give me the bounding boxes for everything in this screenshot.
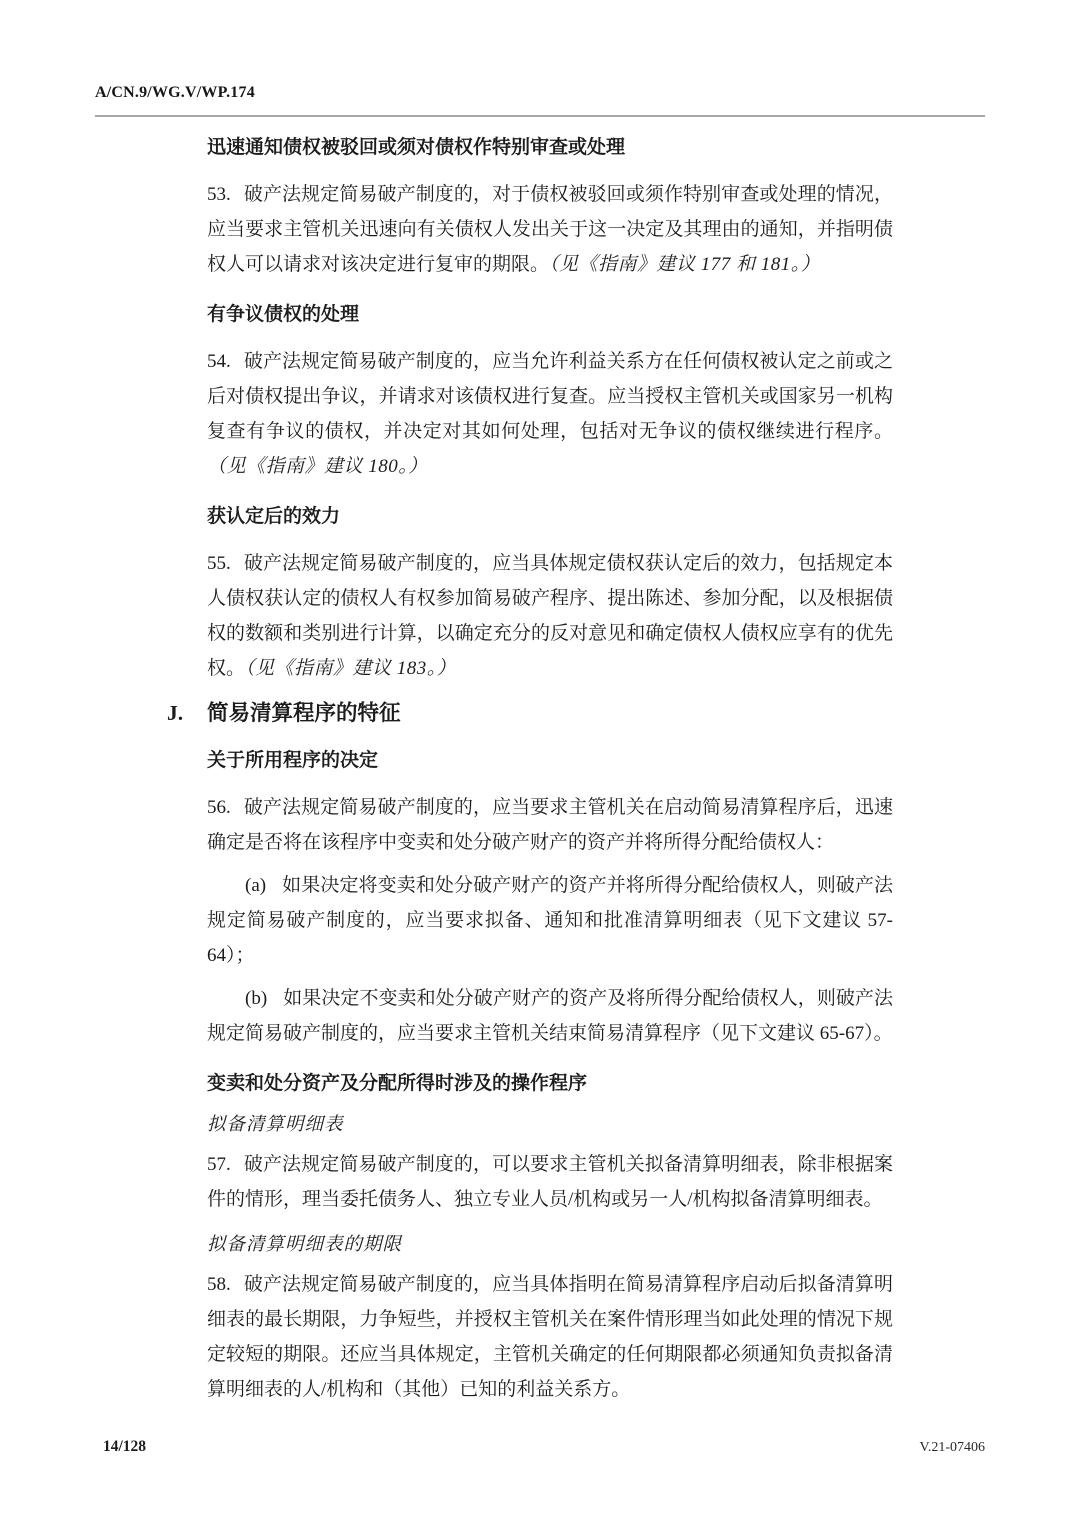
paragraph-number: 57. <box>207 1154 231 1175</box>
paragraph-number: 54. <box>207 351 231 372</box>
document-page: A/CN.9/WG.V/WP.174 迅速通知债权被驳回或须对债权作特别审查或处… <box>0 0 1080 1526</box>
header-rule <box>95 115 985 117</box>
subject-heading: 获认定后的效力 <box>207 504 893 530</box>
paragraph-text: 破产法规定简易破产制度的，应当具体指明在简易清算程序启动后拟备清算明细表的最长期… <box>207 1274 893 1400</box>
footer-page-number: 14/128 <box>95 1438 146 1456</box>
document-body: 迅速通知债权被驳回或须对债权作特别审查或处理53.破产法规定简易破产制度的，对于… <box>207 135 893 1407</box>
subject-heading: 关于所用程序的决定 <box>207 748 893 774</box>
section-heading: J.简易清算程序的特征 <box>207 698 893 728</box>
paragraph-57: 57.破产法规定简易破产制度的，可以要求主管机关拟备清算明细表，除非根据案件的情… <box>207 1147 893 1217</box>
subject-heading: 有争议债权的处理 <box>207 302 893 328</box>
guide-reference: （见《指南》建议 177 和 181。） <box>549 254 820 275</box>
subject-heading: 迅速通知债权被驳回或须对债权作特别审查或处理 <box>207 135 893 161</box>
paragraph-text: 如果决定将变卖和处分破产财产的资产并将所得分配给债权人，则破产法规定简易破产制度… <box>207 875 893 966</box>
paragraph-number: 58. <box>207 1274 231 1295</box>
section-number: J. <box>167 698 183 728</box>
paragraph-a: (a)如果决定将变卖和处分破产财产的资产并将所得分配给债权人，则破产法规定简易破… <box>207 868 893 973</box>
paragraph-number: (b) <box>245 988 267 1009</box>
paragraph-58: 58.破产法规定简易破产制度的，应当具体指明在简易清算程序启动后拟备清算明细表的… <box>207 1267 893 1407</box>
paragraph-number: (a) <box>245 875 266 896</box>
paragraph-text: 如果决定不变卖和处分破产财产的资产及将所得分配给债权人，则破产法规定简易破产制度… <box>207 988 893 1044</box>
paragraph-55: 55.破产法规定简易破产制度的，应当具体规定债权获认定后的效力，包括规定本人债权… <box>207 546 893 686</box>
subject-heading: 变卖和处分资产及分配所得时涉及的操作程序 <box>207 1071 893 1097</box>
paragraph-number: 56. <box>207 797 231 818</box>
paragraph-56: 56.破产法规定简易破产制度的，应当要求主管机关在启动简易清算程序后，迅速确定是… <box>207 790 893 860</box>
paragraph-text: 破产法规定简易破产制度的，可以要求主管机关拟备清算明细表，除非根据案件的情形，理… <box>207 1154 893 1210</box>
paragraph-54: 54.破产法规定简易破产制度的，应当允许利益关系方在任何债权被认定之前或之后对债… <box>207 344 893 484</box>
paragraph-number: 53. <box>207 184 231 205</box>
paragraph-text: 破产法规定简易破产制度的，应当允许利益关系方在任何债权被认定之前或之后对债权提出… <box>207 351 893 442</box>
paragraph-53: 53.破产法规定简易破产制度的，对于债权被驳回或须作特别审查或处理的情况，应当要… <box>207 177 893 282</box>
guide-reference: （见《指南》建议 183。） <box>245 658 456 679</box>
section-title: 简易清算程序的特征 <box>207 701 401 725</box>
page-footer: 14/128 V.21-07406 <box>95 1438 985 1456</box>
footer-document-id: V.21-07406 <box>920 1440 985 1456</box>
paragraph-b: (b)如果决定不变卖和处分破产财产的资产及将所得分配给债权人，则破产法规定简易破… <box>207 981 893 1051</box>
italic-subheading: 拟备清算明细表的期限 <box>207 1233 893 1257</box>
italic-subheading: 拟备清算明细表 <box>207 1113 893 1137</box>
document-symbol: A/CN.9/WG.V/WP.174 <box>95 84 255 102</box>
paragraph-text: 破产法规定简易破产制度的，应当要求主管机关在启动简易清算程序后，迅速确定是否将在… <box>207 797 893 853</box>
paragraph-number: 55. <box>207 553 231 574</box>
guide-reference: （见《指南》建议 180。） <box>207 456 428 477</box>
